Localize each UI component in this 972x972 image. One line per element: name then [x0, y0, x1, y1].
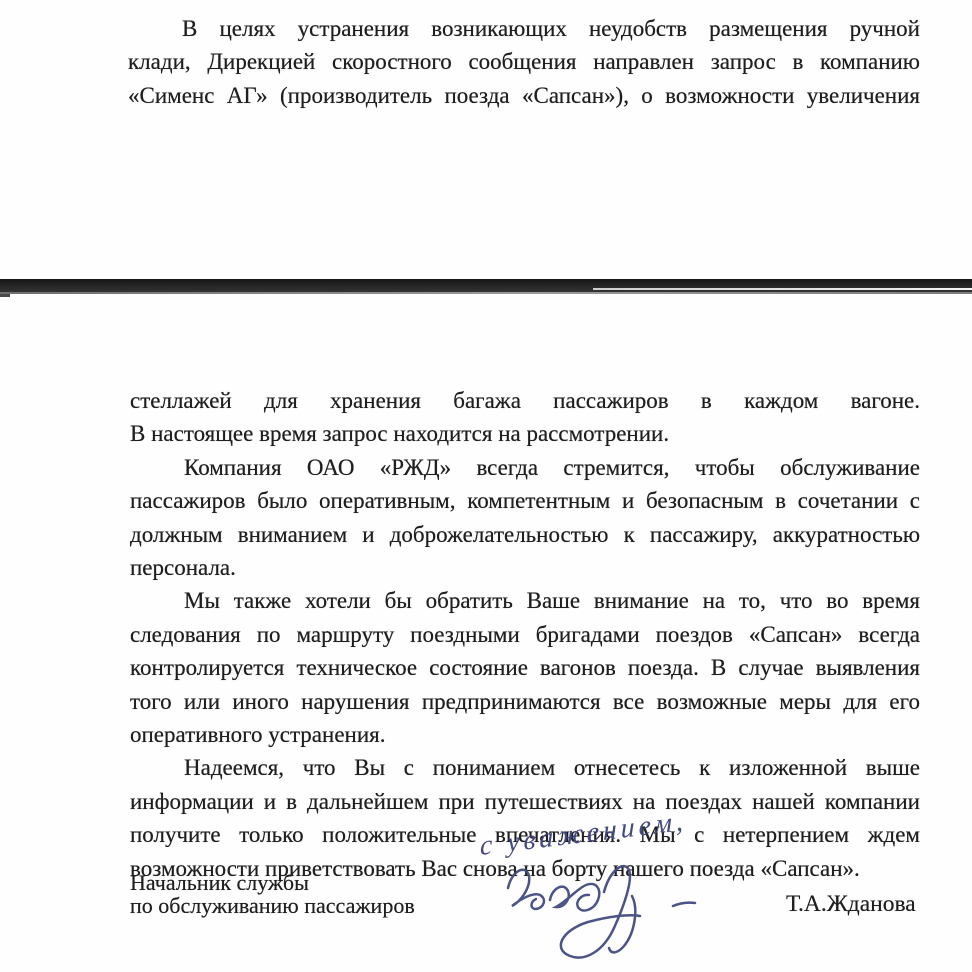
- signer-title-line: Начальник службы: [130, 872, 490, 895]
- intro-paragraph-fragment: В целях устранения возникающих неудобств…: [128, 12, 920, 112]
- signature-stroke: [550, 884, 599, 911]
- text-line: Мы также хотели бы обратить Ваше внимани…: [130, 584, 920, 617]
- text-line: клади, Дирекцией скоростного сообщения н…: [128, 45, 920, 78]
- text-line: «Сименс АГ» (производитель поезда «Сапса…: [128, 79, 920, 112]
- text-line: персонала.: [130, 551, 920, 584]
- text-line: В целях устранения возникающих неудобств…: [128, 12, 920, 45]
- signature-stroke: [508, 870, 544, 909]
- text-line: Надеемся, что Вы с пониманием отнесетесь…: [130, 751, 920, 784]
- divider-underline: [0, 292, 972, 294]
- text-line: того или иного нарушения предпринимаются…: [130, 685, 920, 718]
- divider-bar: [0, 279, 972, 292]
- text-line: следования по маршруту поездными бригада…: [130, 618, 920, 651]
- text-line: В настоящее время запрос находится на ра…: [130, 417, 920, 450]
- signature-stroke: [561, 866, 640, 957]
- text-line: стеллажей для хранения багажа пассажиров…: [130, 384, 920, 417]
- text-line: пассажиров было оперативным, компетентны…: [130, 484, 920, 517]
- letter-body: стеллажей для хранения багажа пассажиров…: [130, 384, 920, 885]
- text-line: контролируется техническое состояние ваг…: [130, 651, 920, 684]
- text-line: Компания ОАО «РЖД» всегда стремится, что…: [130, 451, 920, 484]
- signature-stroke: [609, 896, 635, 952]
- divider-notch: [0, 294, 10, 297]
- signer-name: Т.А.Жданова: [786, 891, 916, 918]
- signer-title-line: по обслуживанию пассажиров: [130, 895, 490, 918]
- text-line: информации и в дальнейшем при путешестви…: [130, 785, 920, 818]
- handwritten-signature: [492, 858, 702, 966]
- scanned-letter-page: В целях устранения возникающих неудобств…: [0, 0, 972, 972]
- signer-title: Начальник службы по обслуживанию пассажи…: [130, 872, 490, 917]
- page-scan-divider: [0, 279, 972, 296]
- text-line: должным вниманием и доброжелательностью …: [130, 518, 920, 551]
- divider-highlight: [593, 288, 972, 290]
- text-line: оперативного устранения.: [130, 718, 920, 751]
- signature-dash: [673, 903, 695, 906]
